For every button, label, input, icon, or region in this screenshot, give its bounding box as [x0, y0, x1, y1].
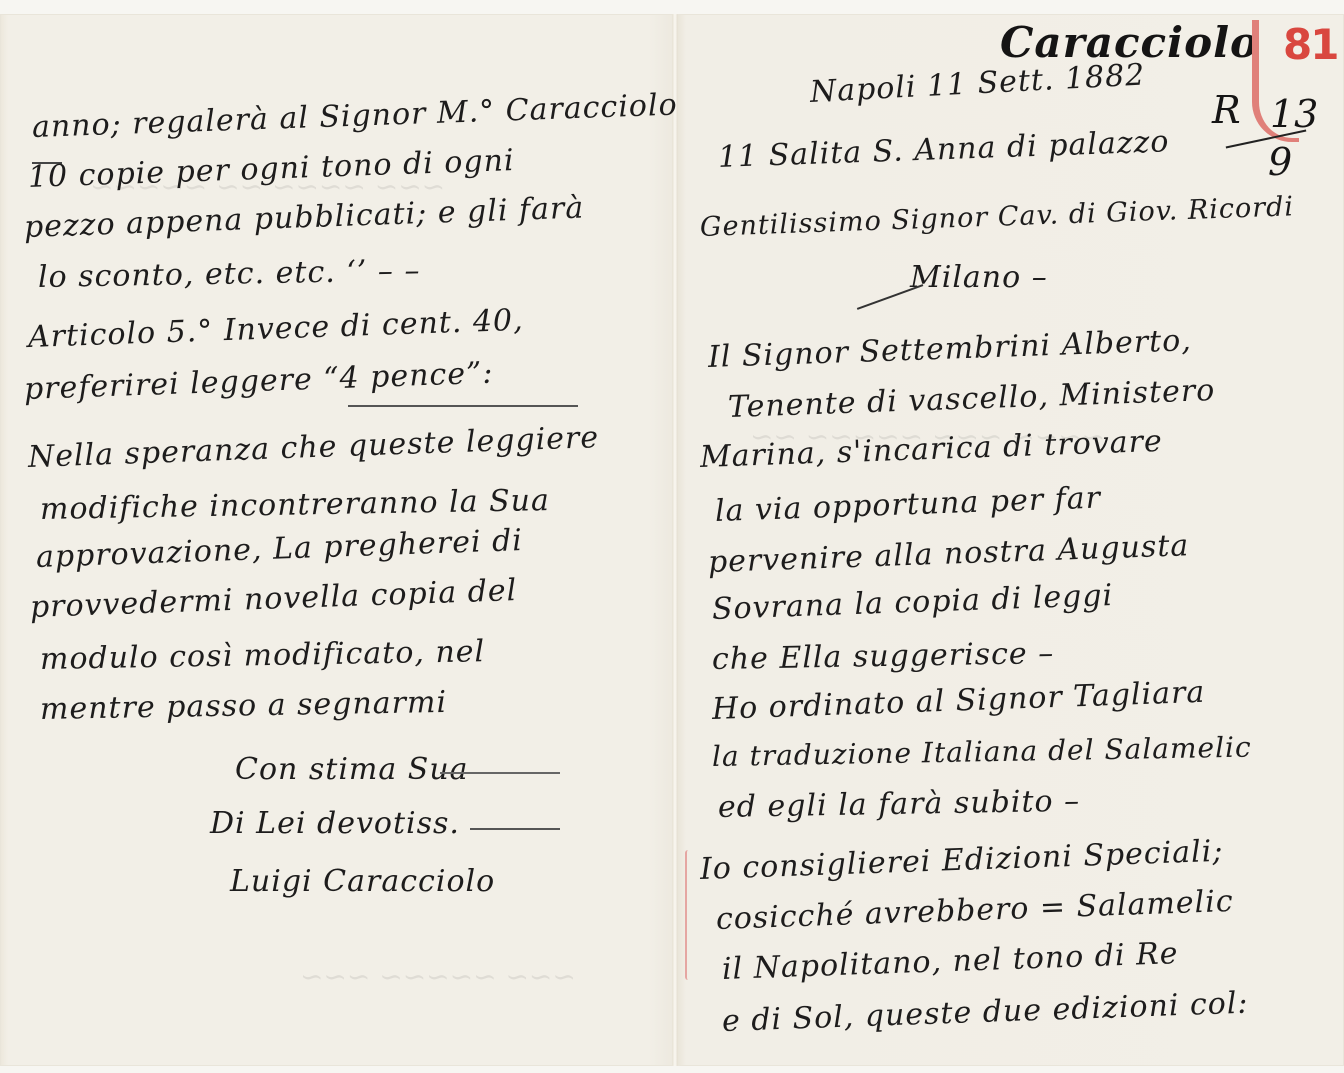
letter-line: che Ella suggerisce –	[712, 636, 1055, 677]
flourish-line	[470, 828, 560, 830]
flourish-line	[440, 772, 560, 774]
recipient-city: Milano –	[910, 260, 1048, 295]
signature: Luigi Caracciolo	[230, 864, 495, 899]
red-pencil-mark	[685, 850, 691, 980]
reference-mark-number: 9	[1268, 140, 1292, 184]
letter-line: ed egli la farà subito –	[718, 784, 1081, 825]
divider-line	[348, 405, 578, 407]
page-fold	[672, 14, 678, 1066]
closing-line: Con stima Sua	[235, 752, 469, 787]
reference-mark-number: 13	[1270, 92, 1318, 136]
letter-line: lo sconto, etc. etc. ‘’ – –	[38, 253, 421, 295]
letter-line: mentre passo a segnarmi	[40, 685, 448, 727]
bleed-through-text: ~~~ ~~~~~ ~~~	[300, 960, 576, 993]
closing-line: Di Lei devotiss.	[210, 806, 460, 841]
reference-mark-r: R	[1212, 88, 1241, 132]
archive-number: 81	[1283, 20, 1337, 69]
